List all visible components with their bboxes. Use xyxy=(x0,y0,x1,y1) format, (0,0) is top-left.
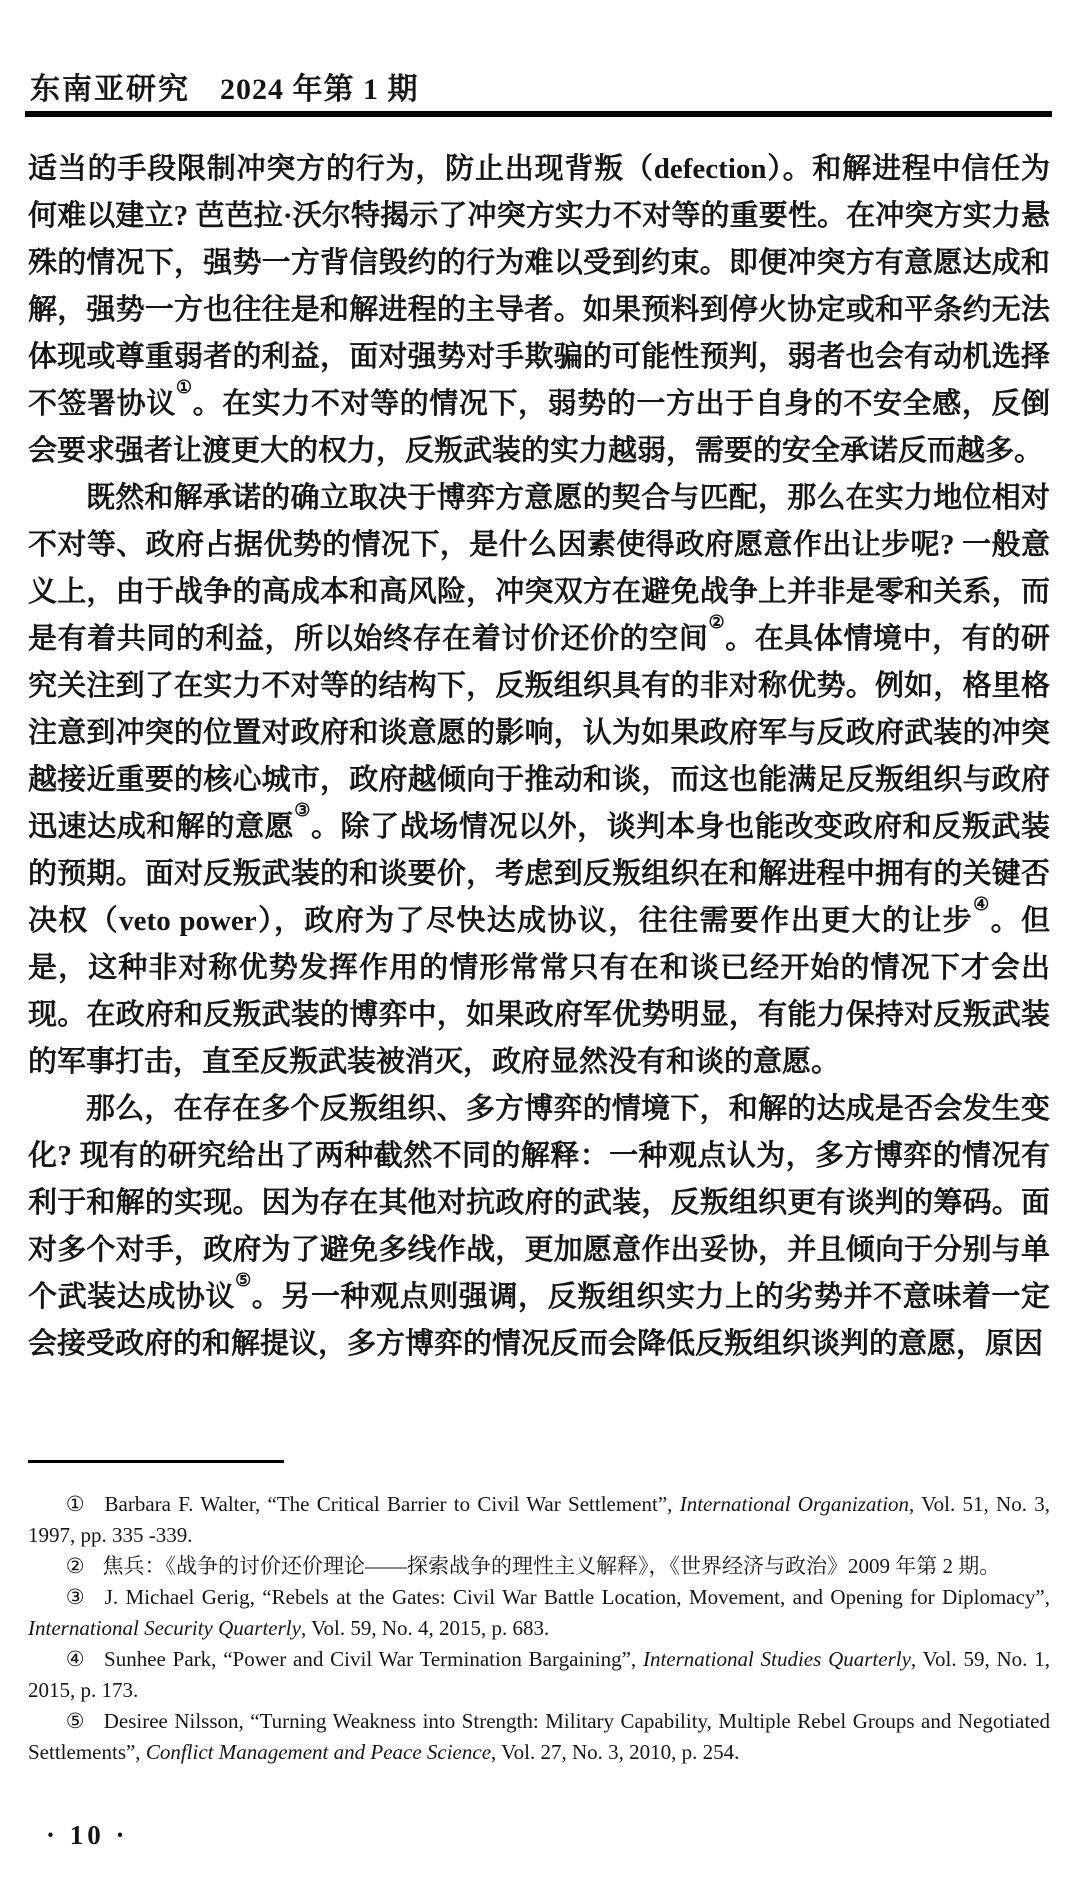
footnote-marker: ③ xyxy=(66,1585,87,1609)
footnote-item: ⑤Desiree Nilsson, “Turning Weakness into… xyxy=(28,1706,1050,1768)
footnote-marker: ② xyxy=(66,1554,85,1578)
footnote-item: ②焦兵：《战争的讨价还价理论——探索战争的理性主义解释》，《世界经济与政治》20… xyxy=(28,1551,1050,1582)
journal-title: Conflict Management and Peace Science xyxy=(146,1740,491,1764)
footnote-marker: ⑤ xyxy=(66,1709,86,1733)
journal-title: International Organization xyxy=(680,1492,909,1516)
footnote-section: ①Barbara F. Walter, “The Critical Barrie… xyxy=(28,1460,1050,1768)
running-head: 东南亚研究2024 年第 1 期 xyxy=(30,64,1050,108)
footnote-text: Sunhee Park, “Power and Civil War Termin… xyxy=(104,1647,643,1671)
footnote-text: J. Michael Gerig, “Rebels at the Gates: … xyxy=(105,1585,1050,1609)
footnote-ref: ④ xyxy=(973,894,991,914)
issue-label: 2024 年第 1 期 xyxy=(220,73,419,106)
footnote-text: , Vol. 27, No. 3, 2010, p. 254. xyxy=(491,1740,739,1764)
journal-title: International Security Quarterly xyxy=(28,1616,301,1640)
footnote-ref: ① xyxy=(176,377,193,397)
footnote-marker: ④ xyxy=(66,1647,86,1671)
article-body: 适当的手段限制冲突方的行为，防止出现背叛（defection）。和解进程中信任为… xyxy=(28,146,1050,1446)
body-paragraph: 那么，在存在多个反叛组织、多方博弈的情境下，和解的达成是否会发生变化? 现有的研… xyxy=(28,1086,1050,1368)
journal-title: International Studies Quarterly xyxy=(643,1647,911,1671)
document-page: 东南亚研究2024 年第 1 期 适当的手段限制冲突方的行为，防止出现背叛（de… xyxy=(0,0,1078,1881)
body-paragraph: 既然和解承诺的确立取决于博弈方意愿的契合与匹配，那么在实力地位相对不对等、政府占… xyxy=(28,475,1050,1086)
footnote-text: Barbara F. Walter, “The Critical Barrier… xyxy=(105,1492,680,1516)
footnote-item: ③J. Michael Gerig, “Rebels at the Gates:… xyxy=(28,1582,1050,1644)
footnote-text: , Vol. 59, No. 4, 2015, p. 683. xyxy=(301,1616,549,1640)
footnote-ref: ② xyxy=(708,612,725,632)
footnote-text: 焦兵：《战争的讨价还价理论——探索战争的理性主义解释》，《世界经济与政治》200… xyxy=(102,1554,1000,1578)
footnote-item: ④Sunhee Park, “Power and Civil War Termi… xyxy=(28,1644,1050,1706)
footnote-ref: ③ xyxy=(294,800,311,820)
page-number: · 10 · xyxy=(46,1820,129,1851)
footnote-item: ①Barbara F. Walter, “The Critical Barrie… xyxy=(28,1489,1050,1551)
header-rule xyxy=(25,111,1052,117)
footnote-ref: ⑤ xyxy=(235,1270,252,1290)
footnote-marker: ① xyxy=(66,1492,87,1516)
journal-name: 东南亚研究 xyxy=(30,73,190,106)
body-paragraph: 适当的手段限制冲突方的行为，防止出现背叛（defection）。和解进程中信任为… xyxy=(28,146,1050,475)
footnote-separator xyxy=(28,1460,284,1463)
footnote-list: ①Barbara F. Walter, “The Critical Barrie… xyxy=(28,1489,1050,1768)
